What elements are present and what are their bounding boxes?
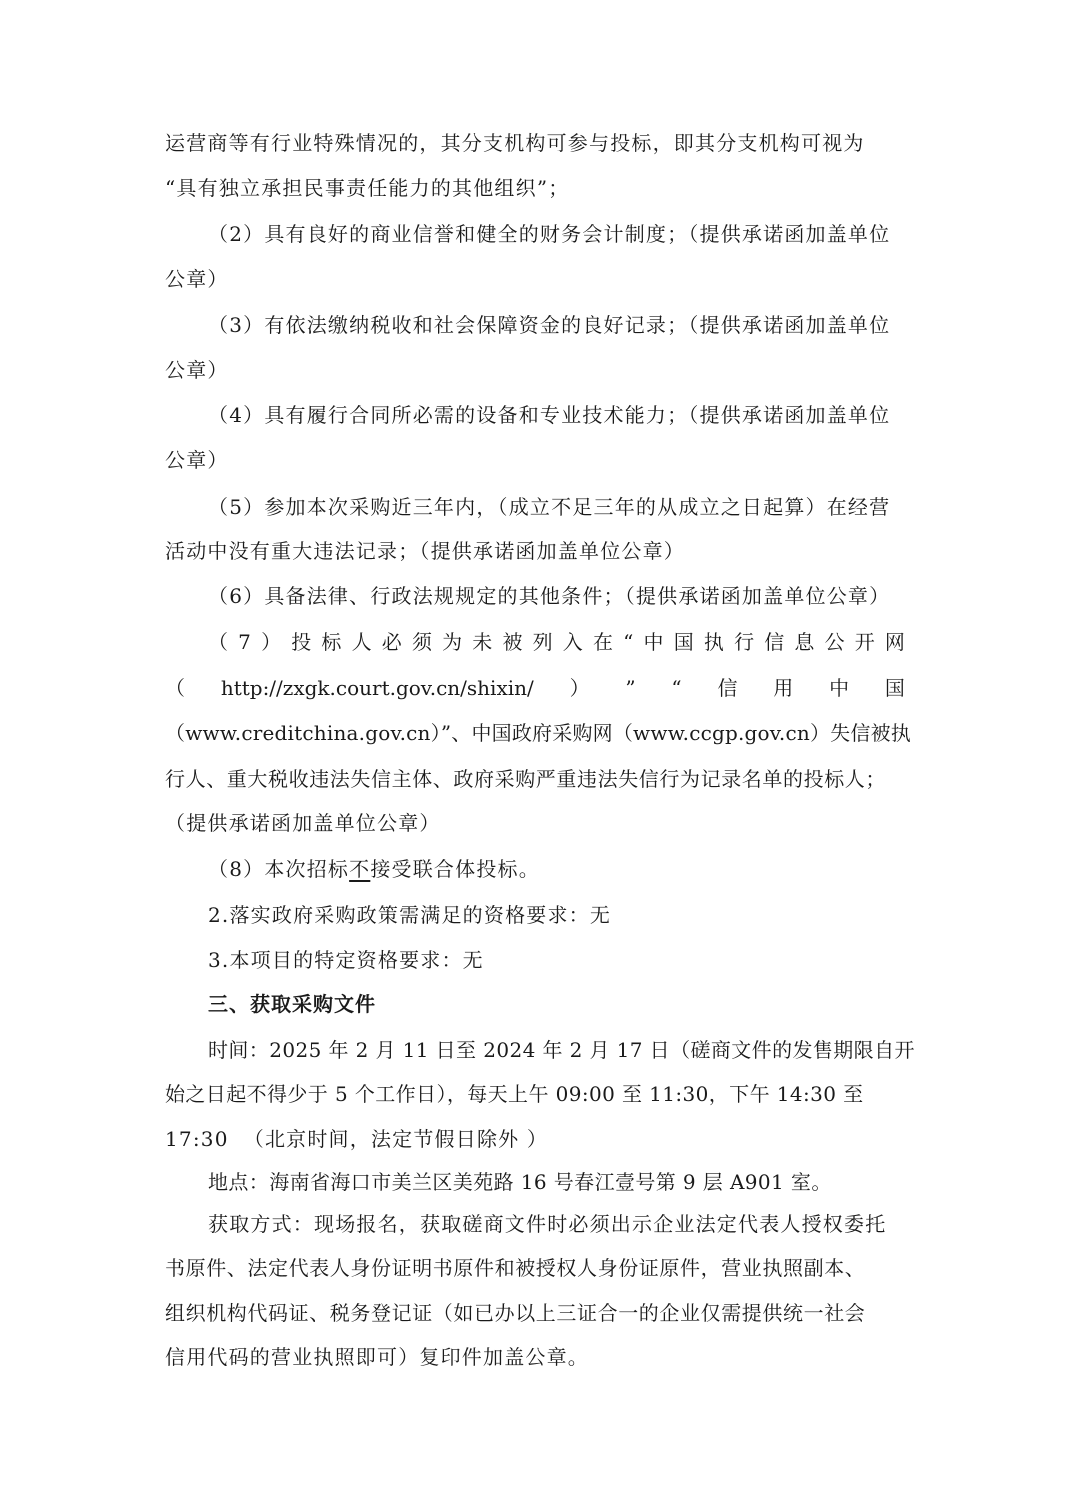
text-char: 7 bbox=[238, 627, 251, 657]
underlined-text: 不 bbox=[349, 857, 370, 881]
text-char: 信 bbox=[717, 673, 737, 703]
text-char: 列 bbox=[533, 627, 553, 657]
text-char: 中 bbox=[644, 627, 664, 657]
paragraph-line: （提供承诺函加盖单位公章） bbox=[165, 808, 441, 838]
text-char: 网 bbox=[885, 627, 905, 657]
paragraph-line: （ http://zxgk.court.gov.cn/shixin/ ） ” “… bbox=[165, 673, 905, 703]
time-paragraph: 时间：2025 年 2 月 11 日至 2024 年 2 月 17 日（磋商文件… bbox=[208, 1035, 915, 1065]
requirement-7: （ 7 ） 投 标 人 必 须 为 未 被 列 入 在 “ 中 国 执 行 信 … bbox=[208, 627, 905, 657]
requirement-4: （4）具有履行合同所必需的设备和专业技术能力；（提供承诺函加盖单位 bbox=[208, 400, 890, 430]
requirement-3: （3）有依法缴纳税收和社会保障资金的良好记录；（提供承诺函加盖单位 bbox=[208, 310, 890, 340]
text-char: 中 bbox=[829, 673, 849, 703]
text-char: 人 bbox=[352, 627, 372, 657]
text-char: 被 bbox=[502, 627, 522, 657]
text-char: 用 bbox=[773, 673, 793, 703]
text-char: 国 bbox=[885, 673, 905, 703]
paragraph-line: 公章） bbox=[165, 264, 229, 294]
paragraph-line: 运营商等有行业特殊情况的，其分支机构可参与投标，即其分支机构可视为 bbox=[165, 128, 865, 158]
paragraph-line: 信用代码的营业执照即可）复印件加盖公章。 bbox=[165, 1342, 589, 1372]
text-char: ” bbox=[625, 673, 635, 703]
paragraph-line: 17:30 （北京时间，法定节假日除外 ） bbox=[165, 1124, 548, 1154]
paragraph-line: “具有独立承担民事责任能力的其他组织”； bbox=[165, 173, 569, 203]
paragraph-line: 书原件、法定代表人身份证明书原件和被授权人身份证原件，营业执照副本、 bbox=[165, 1253, 865, 1283]
paragraph-line: 公章） bbox=[165, 445, 229, 475]
paragraph-line: 活动中没有重大违法记录；（提供承诺函加盖单位公章） bbox=[165, 536, 685, 566]
paragraph-line: 始之日起不得少于 5 个工作日），每天上午 09:00 至 11:30，下午 1… bbox=[165, 1079, 864, 1109]
method-paragraph: 获取方式：现场报名，获取磋商文件时必须出示企业法定代表人授权委托 bbox=[208, 1209, 886, 1239]
text-char: 须 bbox=[412, 627, 432, 657]
text-char: 开 bbox=[855, 627, 875, 657]
specific-requirement: 3.本项目的特定资格要求：无 bbox=[208, 945, 484, 975]
text-char: （ bbox=[208, 627, 228, 657]
text-char: 行 bbox=[734, 627, 754, 657]
text-char: 信 bbox=[764, 627, 784, 657]
section-heading: 三、获取采购文件 bbox=[208, 989, 376, 1019]
document-page: 运营商等有行业特殊情况的，其分支机构可参与投标，即其分支机构可视为 “具有独立承… bbox=[0, 0, 1080, 1499]
policy-requirement: 2.落实政府采购政策需满足的资格要求：无 bbox=[208, 900, 611, 930]
text-char: 标 bbox=[321, 627, 341, 657]
paragraph-line: （www.creditchina.gov.cn）”、中国政府采购网（www.cc… bbox=[165, 718, 911, 748]
text-char: 在 bbox=[593, 627, 613, 657]
location-paragraph: 地点：海南省海口市美兰区美苑路 16 号春江壹号第 9 层 A901 室。 bbox=[208, 1167, 832, 1197]
paragraph-line: 公章） bbox=[165, 355, 229, 385]
requirement-8: （8）本次招标不接受联合体投标。 bbox=[208, 854, 540, 884]
text-char: ） bbox=[570, 673, 590, 703]
text-char: 执 bbox=[704, 627, 724, 657]
text-span: （8）本次招标 bbox=[208, 857, 349, 881]
text-char: 投 bbox=[291, 627, 311, 657]
text-char: 入 bbox=[563, 627, 583, 657]
text-char: （ bbox=[165, 673, 185, 703]
text-char: 息 bbox=[794, 627, 814, 657]
paragraph-line: 组织机构代码证、税务登记证（如已办以上三证合一的企业仅需提供统一社会 bbox=[165, 1298, 865, 1328]
url-text: http://zxgk.court.gov.cn/shixin/ bbox=[221, 673, 534, 703]
text-char: 未 bbox=[472, 627, 492, 657]
requirement-5: （5）参加本次采购近三年内，（成立不足三年的从成立之日起算）在经营 bbox=[208, 492, 890, 522]
requirement-2: （2）具有良好的商业信誉和健全的财务会计制度；（提供承诺函加盖单位 bbox=[208, 219, 890, 249]
text-char: 公 bbox=[825, 627, 845, 657]
text-char: “ bbox=[623, 627, 633, 657]
requirement-6: （6）具备法律、行政法规规定的其他条件；（提供承诺函加盖单位公章） bbox=[208, 581, 890, 611]
text-char: ） bbox=[261, 627, 281, 657]
text-char: 为 bbox=[442, 627, 462, 657]
text-char: “ bbox=[671, 673, 681, 703]
text-span: 接受联合体投标。 bbox=[370, 857, 540, 881]
text-char: 国 bbox=[674, 627, 694, 657]
text-char: 必 bbox=[382, 627, 402, 657]
paragraph-line: 行人、重大税收违法失信主体、政府采购严重违法失信行为记录名单的投标人； bbox=[165, 764, 886, 794]
